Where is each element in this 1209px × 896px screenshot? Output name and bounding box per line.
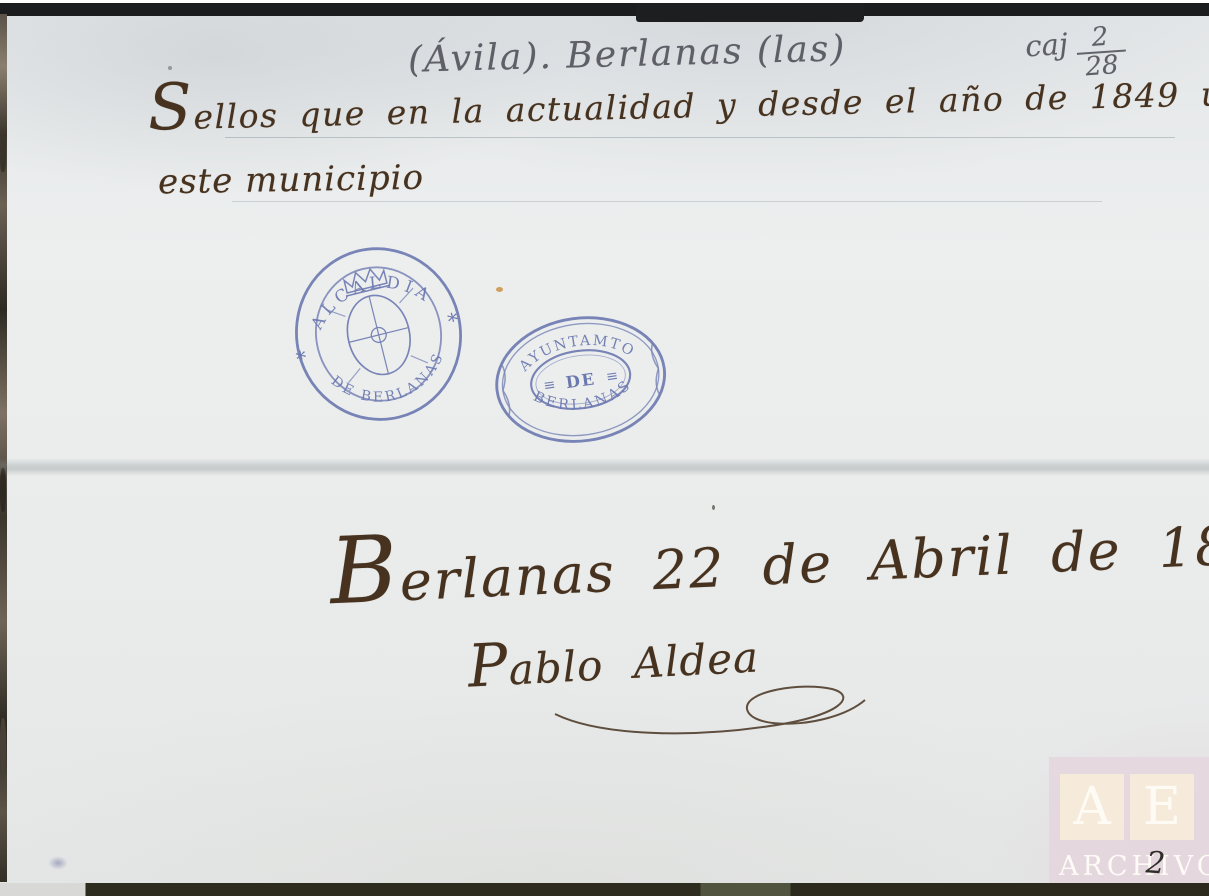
scan-top-dark-edge-notch — [636, 3, 864, 22]
box-reference-fraction: 228 — [1075, 23, 1128, 83]
fleuron-ornament-icon: * — [294, 346, 310, 372]
archive-watermark: A E ARCHIVOS — [1049, 757, 1209, 884]
stamp-center-text: DE — [564, 369, 597, 392]
stamp-bottom-arc-text: DE BERLANAS — [325, 346, 455, 418]
alcaldia-de-berlanas-stamp: ALCALDIA DE BERLANAS * * — [265, 216, 494, 455]
pencil-dot — [168, 66, 172, 70]
box-fraction-numerator: 2 — [1075, 23, 1126, 54]
manuscript-date-line: Berlanas 22 de Abril de 1879 — [329, 511, 1209, 616]
ink-speck — [712, 505, 715, 510]
pencil-smudge — [48, 856, 68, 870]
manuscript-body-line-2: este municipio — [158, 158, 425, 203]
faint-ruled-line — [225, 137, 1175, 138]
scanned-document-page: (Ávila). Berlanas (las) caj228 Sellos qu… — [0, 0, 1209, 896]
svg-text:DE BERLANAS: DE BERLANAS — [325, 346, 455, 418]
ayuntamiento-stamp-graphic: AYUNTAMTO BERLANAS ≡ DE ≡ — [481, 298, 681, 462]
watermark-square-e: E — [1130, 774, 1194, 840]
pencil-page-number: 2 — [1145, 845, 1166, 881]
ink-speck — [496, 287, 503, 292]
pencil-place-annotation: (Ávila). Berlanas (las) — [408, 28, 847, 80]
stripe-ornament-icon: ≡ — [543, 377, 557, 395]
watermark-square-a: A — [1060, 774, 1124, 840]
horizontal-fold-crease — [0, 458, 1209, 476]
watermark-caption: ARCHIVOS — [1059, 851, 1209, 882]
box-reference-label: caj — [1024, 27, 1069, 64]
scan-bottom-dark-edge — [0, 883, 1209, 896]
shield-quarters — [339, 289, 418, 381]
stripe-ornament-icon: ≡ — [605, 368, 619, 386]
manuscript-body-line-1: Sellos que en la actualidad y desde el a… — [148, 73, 1209, 137]
edge-blotch — [0, 138, 6, 172]
watermark-letter-a: A — [1073, 777, 1111, 837]
scan-top-dark-edge — [0, 3, 1209, 16]
alcaldia-stamp-graphic: ALCALDIA DE BERLANAS * * — [265, 216, 493, 451]
watermark-letter-e: E — [1143, 777, 1181, 837]
signature-rubric-flourish — [540, 676, 870, 740]
faint-ruled-line — [232, 201, 1102, 202]
edge-blotch — [0, 718, 6, 770]
ayuntamiento-de-berlanas-stamp: AYUNTAMTO BERLANAS ≡ DE ≡ — [481, 298, 681, 466]
